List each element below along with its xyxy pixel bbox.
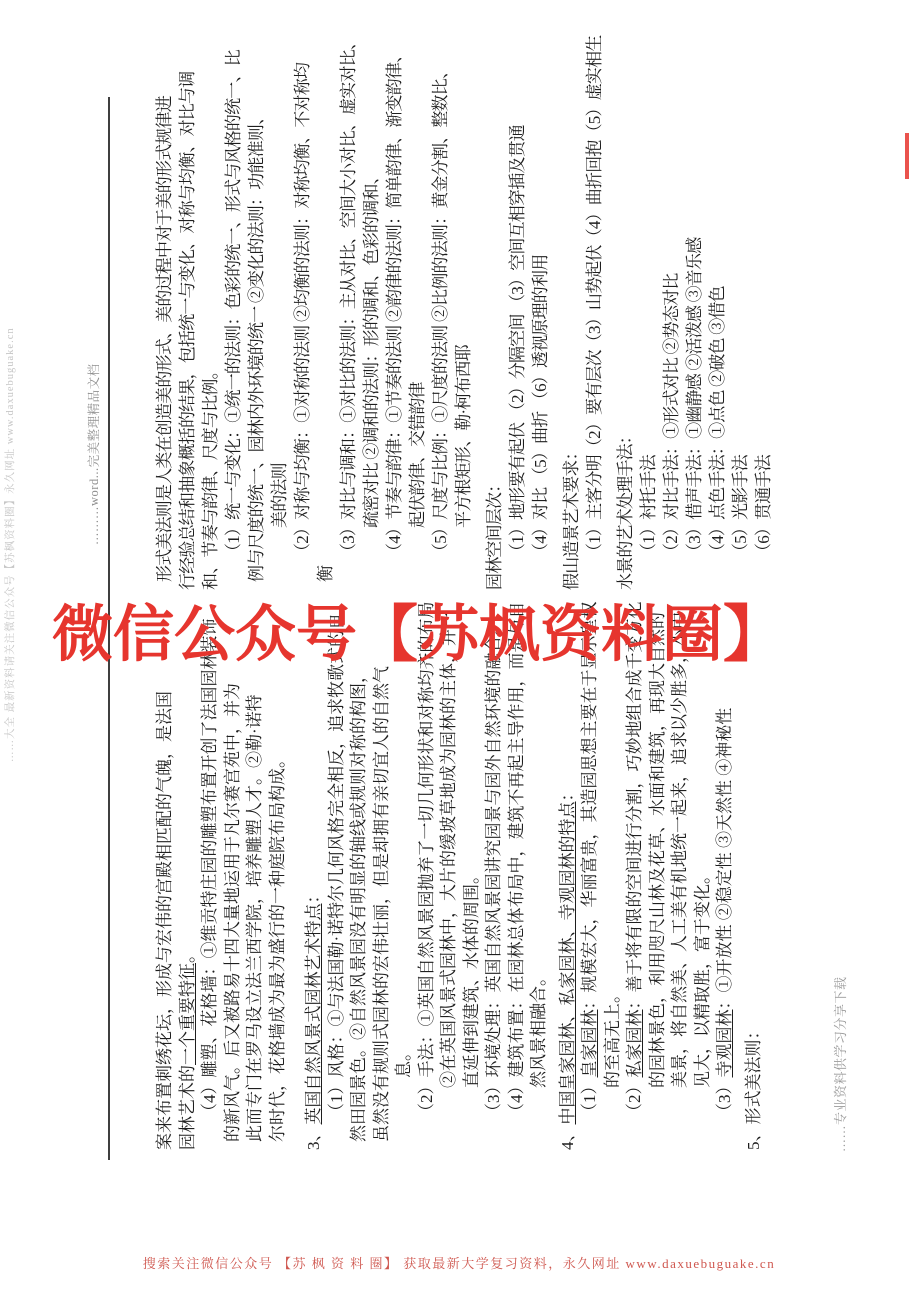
text-line: 此而专门在罗马设立法兰西学院，培养雕塑人才。②勒·诺特 <box>240 645 263 1150</box>
text-line: （3）借声手法：①幽静感 ②活泼感 ③音乐感 <box>680 90 703 590</box>
text-line: 的新风气。后又被路易十四大量地运用于凡尔赛宫苑中，并为 <box>218 645 241 1150</box>
text-line: （5）光影手法 <box>726 90 749 590</box>
text-line: 的至高无上。 <box>598 645 621 1150</box>
text-line: （2）对称与均衡：①对称的法则 ②均衡的法则：对称均衡、不对称均 <box>288 90 311 590</box>
text-line: 园林空间层次： <box>480 90 503 590</box>
text-line: （6）贯通手法 <box>749 90 772 590</box>
text-line: （2）私家园林：善于将有限的空间进行分割，巧妙地组合成千变万化 <box>620 645 643 1150</box>
page-header-text: ………word...完美整理精品文档 <box>84 363 102 545</box>
text-line: 4、中国皇家园林、私家园林、寺观园林的特点： <box>553 645 576 1150</box>
text-line: 衡 <box>311 90 334 590</box>
text-line: 5、形式美法则： <box>739 645 762 1150</box>
text-line: （4）对比 （5）曲折 （6）透视原理的利用 <box>526 90 549 590</box>
text-line: 假山造景艺术要求： <box>557 90 580 590</box>
document-page: ……大全 最新资料请关注微信公众号【苏枫资料圈】永久网址 www.daxuebu… <box>0 0 918 1298</box>
text-line: 尔时代，花格墙成为最为盛行的一种庭院布局构成。 <box>263 645 286 1150</box>
text-line: （1）皇家园林：规模宏大，华丽富贵，其造园思想主要在于显示皇权 <box>575 645 598 1150</box>
text-line: （1）衬托手法 <box>634 90 657 590</box>
text-line: （5）尺度与比例：①尺度的法则 ②比例的法则：黄金分割、整数比、 <box>426 90 449 590</box>
text-line: ②在英国风景式园林中，大片的缓坡草地成为园林的主体，并一 <box>434 645 457 1150</box>
right-column: 形式美法则是人类在创造美的形式、美的过程中对于美的形式规律进行经验总结和抽象概括… <box>150 90 772 590</box>
text-line: 行经验总结和抽象概括的结果，包括统一与变化、对称与均衡、对比与调 <box>173 90 196 590</box>
text-line: （1）统一与变化：①统一的法则：色彩的统一、形式与风格的统一、比 <box>219 90 242 590</box>
text-line: 起伏韵律、交错韵律 <box>403 90 426 590</box>
page-footer-text: ……专业资料供学习分享下载 <box>830 976 849 1152</box>
text-line: （1）地形要有起伏 （2）分隔空间 （3）空间互相穿插及贯通 <box>503 90 526 590</box>
text-line: （4）节奏与韵律：①节奏的法则 ②韵律的法则：简单韵律、渐变韵律、 <box>380 90 403 590</box>
text-line: （1）风格：①与法国勒·诺特尔几何风格完全相反，追求牧歌式的自 <box>322 645 345 1150</box>
text-line: 案来布置刺绣花坛，形成与宏伟的宫殿相匹配的气魄，是法国 <box>150 645 173 1150</box>
text-line: 然田园景色。②自然风景园没有明显的轴线或规则对称的构图， <box>344 645 367 1150</box>
text-line: 美景，将自然美、人工美有机地统一起来，追求以少胜多，小中 <box>665 645 688 1150</box>
text-line: （1）主客分明（2）要有层次（3）山势起伏（4）曲折回抱（5）虚实相生 <box>580 90 603 590</box>
text-line: 例与尺度的统一、园林内外环境的统一 ②变化的法则：功能准则、 <box>242 90 265 590</box>
text-line: （2）手法：①英国自然风景园抛弃了一切几何形状和对称均齐的布局 <box>412 645 435 1150</box>
footer-banner-text: 搜索关注微信公众号 【苏 枫 资 料 圈】 获取最新大学复习资料，永久网址 ww… <box>0 1253 918 1272</box>
text-line: （4）建筑布置：在园林总体布局中，建筑不再起主导作用，而是与自 <box>502 645 525 1150</box>
text-line: （3）寺观园林：①开放性 ②稳定性 ③天然性 ④神秘性 <box>710 645 733 1150</box>
text-line: 和、节奏与韵律、尺度与比例。 <box>196 90 219 590</box>
text-line: （4）点色手法：①点色 ②破色 ③借色 <box>703 90 726 590</box>
text-line: 形式美法则是人类在创造美的形式、美的过程中对于美的形式规律进 <box>150 90 173 590</box>
text-line: 平方根矩形、勒·柯布西耶 <box>449 90 472 590</box>
left-column: 案来布置刺绣花坛，形成与宏伟的宫殿相匹配的气魄，是法国园林艺术的一个重要特征。（… <box>150 645 761 1150</box>
text-line: （3）对比与调和：①对比的法则：主从对比、空间大小对比、虚实对比、 <box>334 90 357 590</box>
text-line: 直延伸到建筑、水体的周围。 <box>457 645 480 1150</box>
text-line: （3）环境处理：英国自然风景园讲究园景与园外自然环境的融合。 <box>479 645 502 1150</box>
text-line: （2）对比手法：①形式对比 ②势态对比 <box>657 90 680 590</box>
text-line: （4）雕塑、花格墙：①维贡特庄园的雕塑布置开创了法国园林装饰 <box>195 645 218 1150</box>
text-line: 园林艺术的一个重要特征。 <box>173 645 196 1150</box>
text-line: 疏密对比 ②调和的法则：形的调和、色彩的调和、 <box>357 90 380 590</box>
text-line: 的园林景色，利用咫尺山林及花草、水面和建筑，再现大自然的 <box>643 645 666 1150</box>
side-note-text: ……大全 最新资料请关注微信公众号【苏枫资料圈】永久网址 www.daxuebu… <box>2 287 16 762</box>
text-line: 见大，以精取胜，富于变化。 <box>688 645 711 1150</box>
text-line: 然风景相融合。 <box>524 645 547 1150</box>
text-line: 美的法则 <box>265 90 288 590</box>
red-edge-mark <box>905 133 909 179</box>
text-line: 息。 <box>389 645 412 1150</box>
text-line: 虽然没有规则式园林的宏伟壮丽，但是却拥有亲切宜人的自然气 <box>367 645 390 1150</box>
text-line: 3、英国自然风景式园林艺术特点： <box>299 645 322 1150</box>
watermark-overlay: 微信公众号【苏枫资料圈】 <box>52 586 784 673</box>
text-line: 水景的艺术处理手法： <box>611 90 634 590</box>
